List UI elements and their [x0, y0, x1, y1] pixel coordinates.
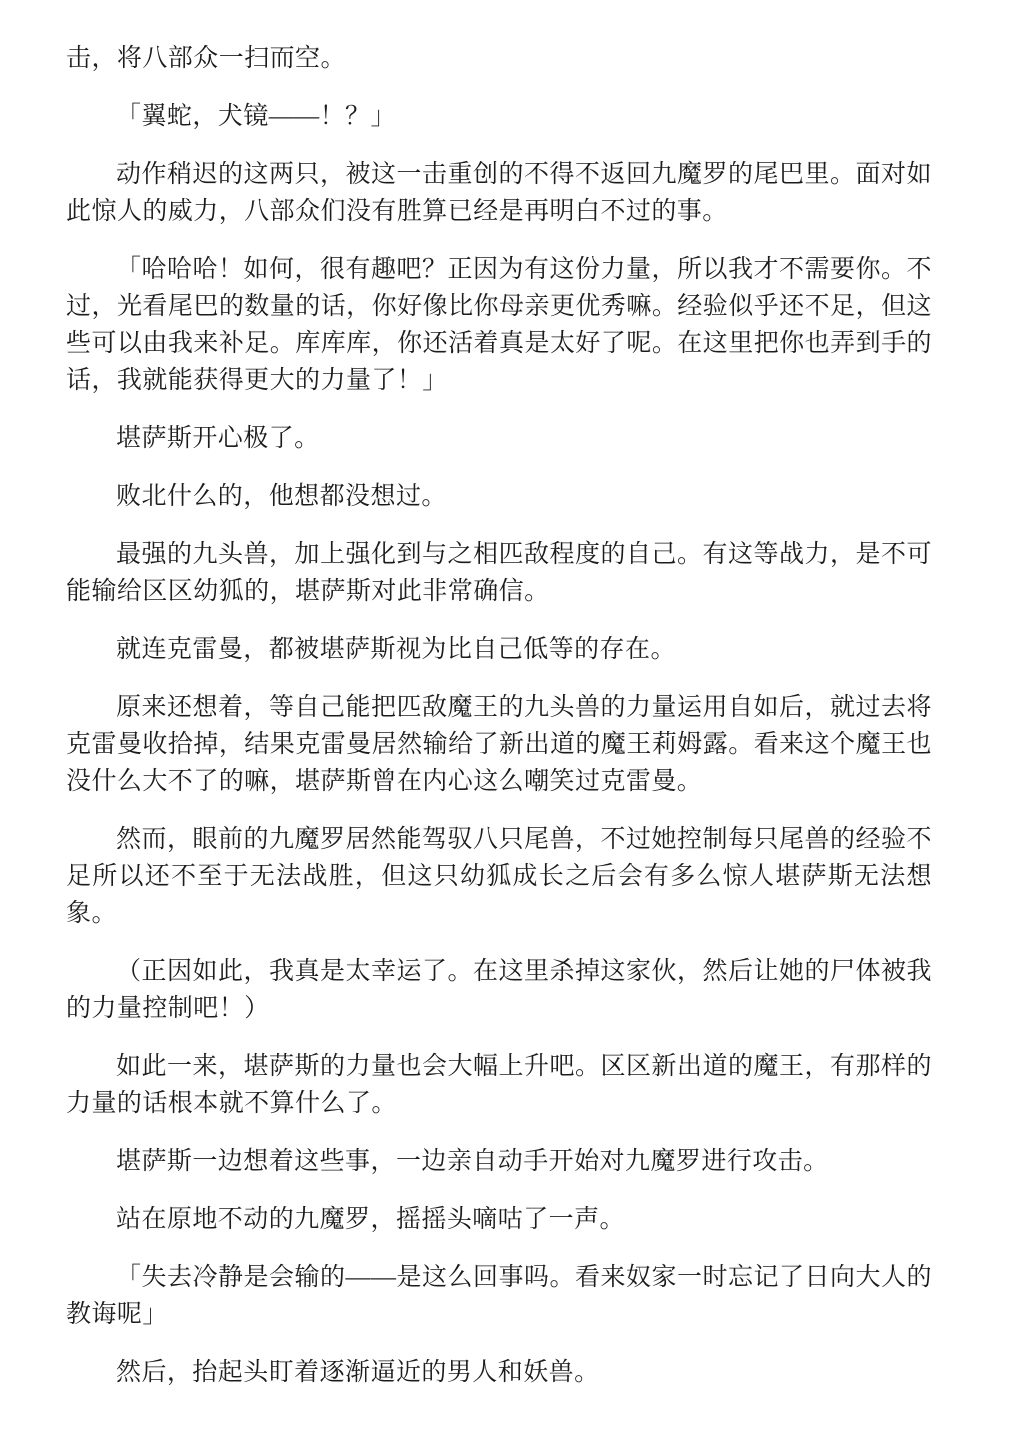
paragraph: 击，将八部众一扫而空。	[66, 40, 932, 77]
paragraph: 原来还想着，等自己能把匹敌魔王的九头兽的力量运用自如后，就过去将克雷曼收拾掉，结…	[66, 689, 932, 800]
paragraph: 败北什么的，他想都没想过。	[66, 478, 932, 515]
paragraph: 站在原地不动的九魔罗，摇摇头嘀咕了一声。	[66, 1201, 932, 1238]
document-page: 击，将八部众一扫而空。「翼蛇，犬镜——！？」动作稍迟的这两只，被这一击重创的不得…	[0, 0, 1017, 1437]
text-content: 击，将八部众一扫而空。「翼蛇，犬镜——！？」动作稍迟的这两只，被这一击重创的不得…	[66, 40, 932, 1412]
paragraph: 就连克雷曼，都被堪萨斯视为比自己低等的存在。	[66, 631, 932, 668]
paragraph: 然而，眼前的九魔罗居然能驾驭八只尾兽，不过她控制每只尾兽的经验不足所以还不至于无…	[66, 821, 932, 932]
paragraph: 然后，抬起头盯着逐渐逼近的男人和妖兽。	[66, 1354, 932, 1391]
paragraph: 动作稍迟的这两只，被这一击重创的不得不返回九魔罗的尾巴里。面对如此惊人的威力，八…	[66, 156, 932, 230]
paragraph: 最强的九头兽，加上强化到与之相匹敌程度的自己。有这等战力，是不可能输给区区幼狐的…	[66, 536, 932, 610]
paragraph: 如此一来，堪萨斯的力量也会大幅上升吧。区区新出道的魔王，有那样的力量的话根本就不…	[66, 1048, 932, 1122]
paragraph: 堪萨斯开心极了。	[66, 420, 932, 457]
paragraph: 「翼蛇，犬镜——！？」	[66, 98, 932, 135]
paragraph: 堪萨斯一边想着这些事，一边亲自动手开始对九魔罗进行攻击。	[66, 1143, 932, 1180]
paragraph: 「失去冷静是会输的——是这么回事吗。看来奴家一时忘记了日向大人的教诲呢」	[66, 1259, 932, 1333]
paragraph: （正因如此，我真是太幸运了。在这里杀掉这家伙，然后让她的尸体被我的力量控制吧！）	[66, 953, 932, 1027]
paragraph: 「哈哈哈！如何，很有趣吧？正因为有这份力量，所以我才不需要你。不过，光看尾巴的数…	[66, 251, 932, 399]
